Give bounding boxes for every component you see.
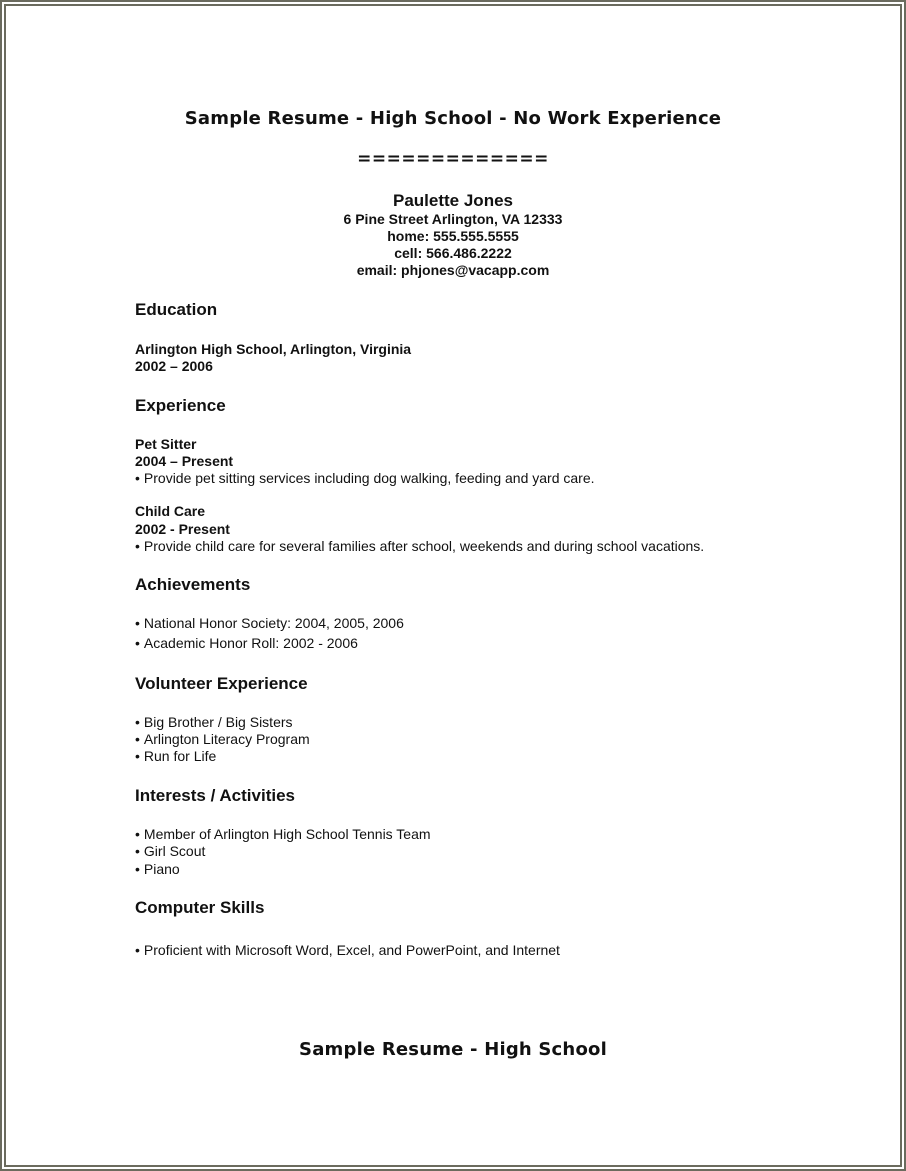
contact-block: Paulette Jones 6 Pine Street Arlington, … xyxy=(0,191,906,279)
list-item: Girl Scout xyxy=(135,843,205,860)
section-heading-interests: Interests / Activities xyxy=(135,786,295,806)
job-title: Pet Sitter xyxy=(135,436,196,453)
section-heading-achievements: Achievements xyxy=(135,575,250,595)
job-description: Provide child care for several families … xyxy=(135,538,704,555)
job-dates: 2004 – Present xyxy=(135,453,233,470)
list-item: Run for Life xyxy=(135,748,216,765)
section-heading-education: Education xyxy=(135,300,217,320)
job-description: Provide pet sitting services including d… xyxy=(135,470,595,487)
section-heading-computer-skills: Computer Skills xyxy=(135,898,264,918)
job-title: Child Care xyxy=(135,503,205,520)
section-heading-volunteer: Volunteer Experience xyxy=(135,674,308,694)
list-item: Piano xyxy=(135,861,180,878)
list-item: Academic Honor Roll: 2002 - 2006 xyxy=(135,635,358,652)
job-dates: 2002 - Present xyxy=(135,521,230,538)
education-years: 2002 – 2006 xyxy=(135,358,213,375)
footer-title: Sample Resume - High School xyxy=(0,1039,906,1060)
list-item: National Honor Society: 2004, 2005, 2006 xyxy=(135,615,404,632)
cell-phone: cell: 566.486.2222 xyxy=(0,245,906,262)
list-item: Proficient with Microsoft Word, Excel, a… xyxy=(135,942,560,959)
section-heading-experience: Experience xyxy=(135,396,226,416)
email: email: phjones@vacapp.com xyxy=(0,262,906,279)
title-separator: ============= xyxy=(0,149,906,169)
applicant-name: Paulette Jones xyxy=(0,191,906,211)
education-school: Arlington High School, Arlington, Virgin… xyxy=(135,341,411,358)
list-item: Arlington Literacy Program xyxy=(135,731,310,748)
list-item: Member of Arlington High School Tennis T… xyxy=(135,826,431,843)
address: 6 Pine Street Arlington, VA 12333 xyxy=(0,211,906,228)
document-title: Sample Resume - High School - No Work Ex… xyxy=(0,108,906,129)
home-phone: home: 555.555.5555 xyxy=(0,228,906,245)
list-item: Big Brother / Big Sisters xyxy=(135,714,293,731)
